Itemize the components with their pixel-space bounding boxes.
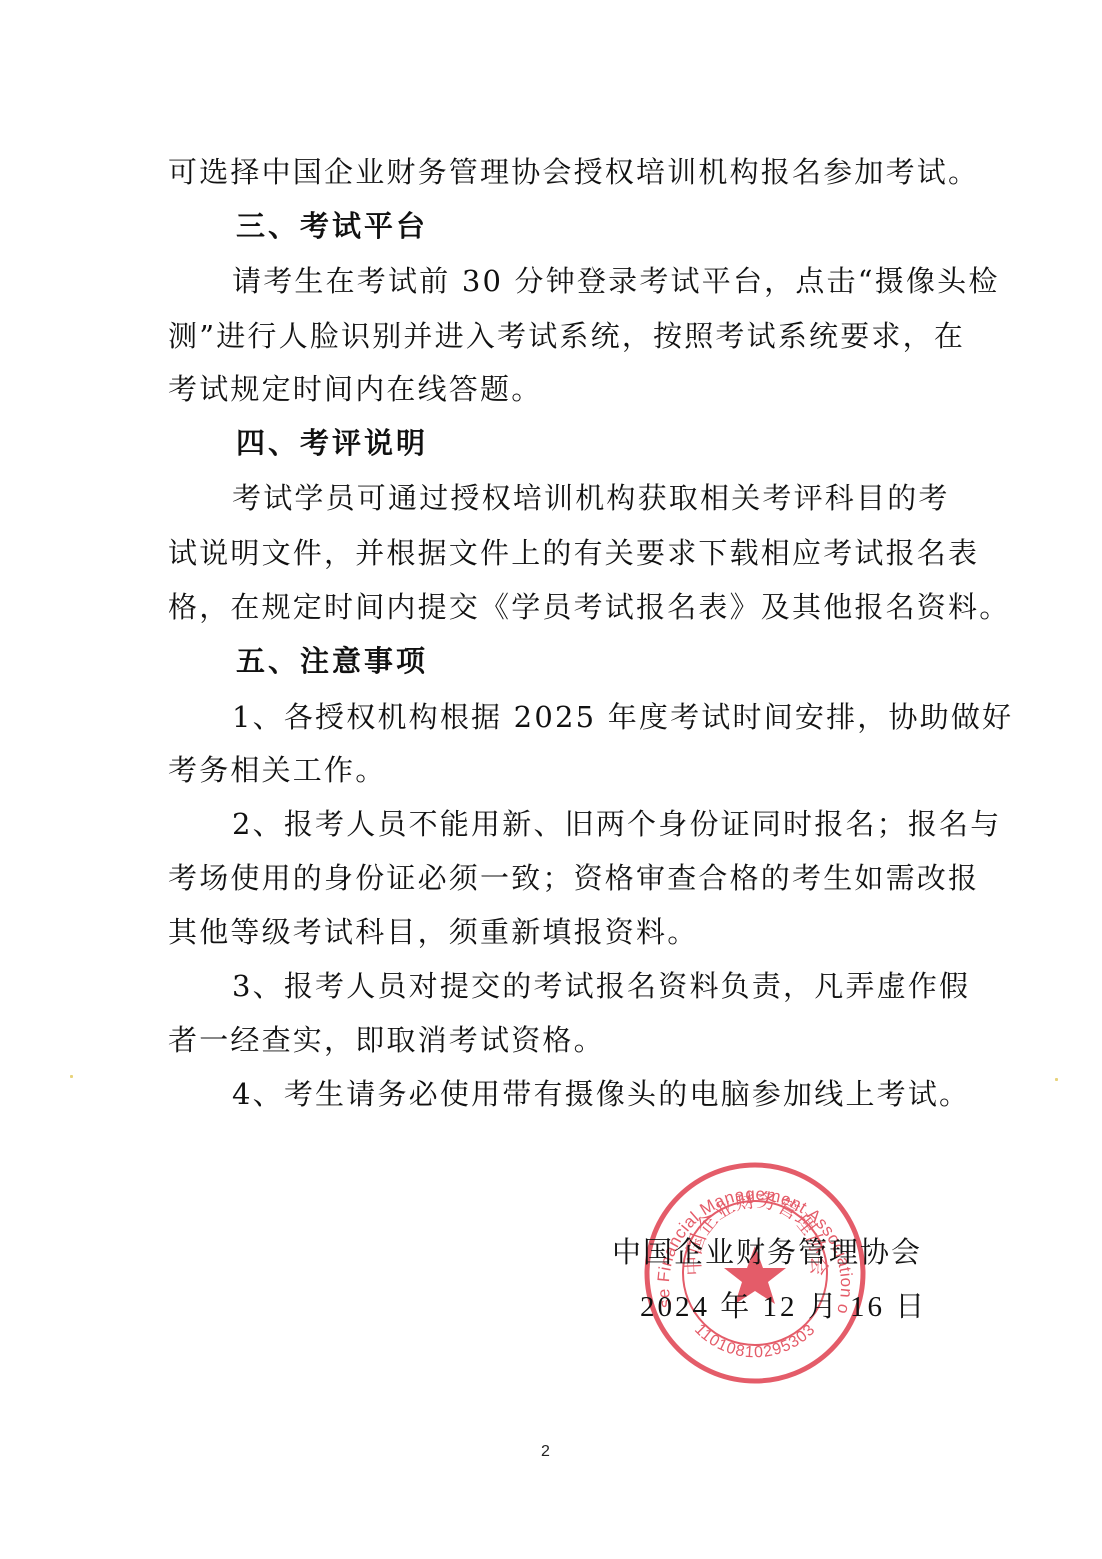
document-page: 可选择中国企业财务管理协会授权培训机构报名参加考试。 三、考试平台 请考生在考试…	[0, 0, 1102, 1559]
paragraph-line: 请考生在考试前 30 分钟登录考试平台，点击“摄像头检	[232, 261, 938, 301]
paragraph-line: 2、报考人员不能用新、旧两个身份证同时报名；报名与	[232, 804, 938, 844]
paragraph-line: 其他等级考试科目，须重新填报资料。	[168, 912, 938, 952]
paragraph-line: 测”进行人脸识别并进入考试系统，按照考试系统要求，在	[168, 316, 938, 356]
paragraph-line: 1、各授权机构根据 2025 年度考试时间安排，协助做好	[232, 697, 938, 737]
paragraph-line: 考务相关工作。	[168, 750, 938, 790]
paragraph-line: 格，在规定时间内提交《学员考试报名表》及其他报名资料。	[168, 587, 938, 627]
paragraph-line: 考试规定时间内在线答题。	[168, 369, 938, 409]
paragraph-line: 4、考生请务必使用带有摄像头的电脑参加线上考试。	[232, 1074, 938, 1114]
section-heading-notes: 五、注意事项	[236, 641, 1006, 681]
signature-date: 2024 年 12 月 16 日	[640, 1287, 927, 1327]
paragraph-line: 考试学员可通过授权培训机构获取相关考评科目的考	[232, 478, 938, 518]
paragraph-line: 可选择中国企业财务管理协会授权培训机构报名参加考试。	[168, 152, 938, 192]
scan-speck	[1055, 1078, 1058, 1081]
signature-organization: 中国企业财务管理协会	[612, 1232, 922, 1272]
paragraph-line: 者一经查实，即取消考试资格。	[168, 1020, 938, 1060]
paragraph-line: 试说明文件，并根据文件上的有关要求下载相应考试报名表	[168, 533, 938, 573]
section-heading-evaluation: 四、考评说明	[236, 423, 1006, 463]
official-seal-icon: Enterprise Financial Management Associat…	[640, 1158, 870, 1388]
section-heading-exam-platform: 三、考试平台	[236, 206, 1006, 246]
paragraph-line: 考场使用的身份证必须一致；资格审查合格的考生如需改报	[168, 858, 938, 898]
page-number: 2	[541, 1443, 550, 1461]
scan-speck	[70, 1075, 73, 1078]
paragraph-line: 3、报考人员对提交的考试报名资料负责，凡弄虚作假	[232, 966, 938, 1006]
